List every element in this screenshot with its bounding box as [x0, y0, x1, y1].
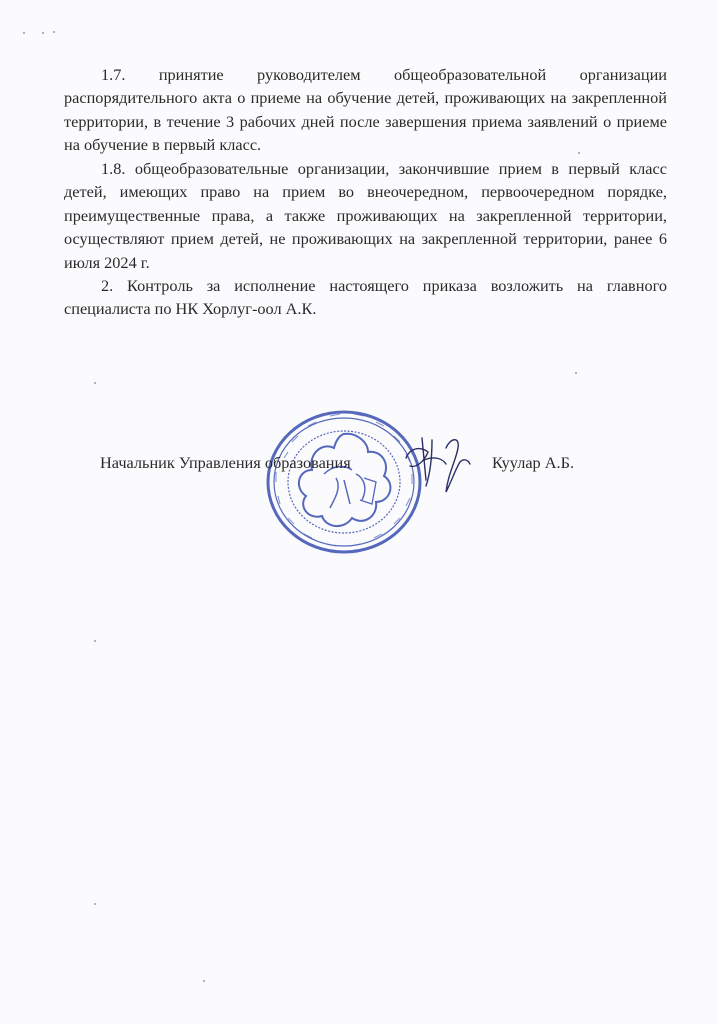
paragraph-1-8: 1.8. общеобразовательные организации, за…: [64, 157, 667, 274]
official-seal-icon: [264, 408, 424, 556]
paragraph-2: 2. Контроль за исполнение настоящего при…: [64, 274, 667, 321]
scan-speck: [94, 640, 96, 642]
scan-speck: [575, 372, 577, 374]
scan-speck: [94, 382, 96, 384]
signature-block: Начальник Управления образования Куулар …: [100, 453, 620, 477]
scan-speck: [23, 32, 25, 34]
document-page: 1.7. принятие руководителем общеобразова…: [0, 0, 717, 1024]
signatory-title: Начальник Управления образования: [100, 453, 351, 473]
signatory-name: Куулар А.Б.: [492, 453, 574, 473]
scan-speck: [203, 980, 205, 982]
scan-speck: [42, 32, 44, 34]
scan-speck: [53, 31, 55, 33]
scan-speck: [94, 903, 96, 905]
paragraph-1-7: 1.7. принятие руководителем общеобразова…: [64, 63, 667, 157]
